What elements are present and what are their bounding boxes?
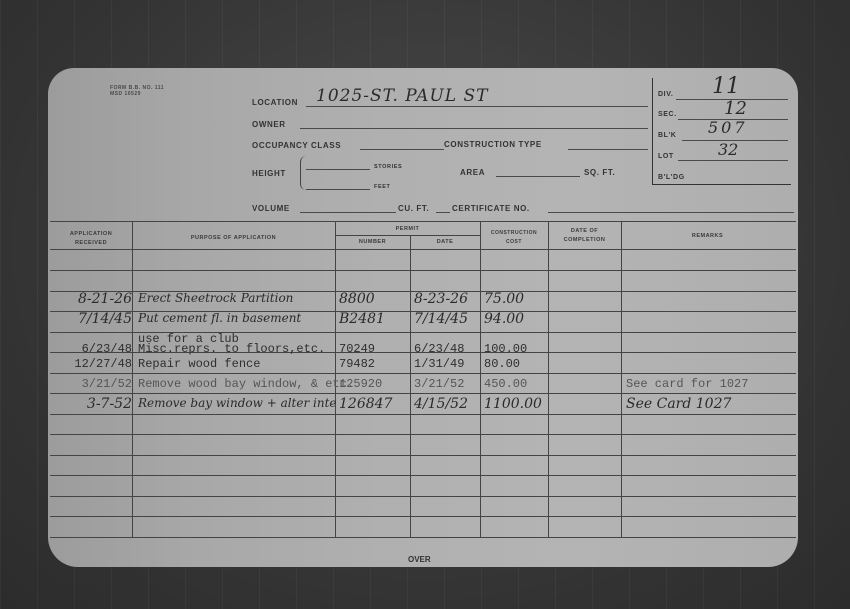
table-row-line bbox=[50, 393, 796, 394]
table-row-line bbox=[50, 249, 796, 250]
stories-line bbox=[306, 169, 370, 170]
div-label: DIV. bbox=[658, 91, 673, 98]
header-purpose: PURPOSE OF APPLICATION bbox=[132, 234, 335, 243]
cell-received: 3/21/52 bbox=[54, 377, 132, 391]
lot-line bbox=[678, 160, 788, 161]
table-column-line bbox=[621, 221, 622, 537]
cell-number: 126847 bbox=[339, 396, 392, 412]
header-text: COMPLETION bbox=[548, 236, 621, 245]
cell-cost: 1100.00 bbox=[484, 396, 542, 412]
table-row-line bbox=[50, 221, 796, 222]
header-permit-number: NUMBER bbox=[335, 238, 410, 247]
cell-remarks: See Card 1027 bbox=[626, 396, 731, 412]
table-row-line bbox=[50, 516, 796, 517]
table-row-line bbox=[50, 434, 796, 435]
cell-cost: 80.00 bbox=[484, 357, 520, 371]
stories-label: STORIES bbox=[374, 164, 402, 170]
cell-number: 125920 bbox=[339, 377, 382, 391]
location-value: 1025-ST. PAUL ST bbox=[316, 86, 488, 106]
cuft-label: CU. FT. bbox=[398, 204, 429, 213]
permit-card: FORM B.B. NO. 111 MSD 10529 LOCATION 102… bbox=[48, 68, 798, 567]
height-brace bbox=[300, 156, 307, 190]
cell-number: B2481 bbox=[339, 311, 385, 327]
header-construction-cost: CONSTRUCTION COST bbox=[480, 229, 548, 247]
cell-number: 8800 bbox=[339, 291, 375, 307]
cell-cost: 100.00 bbox=[484, 342, 527, 356]
table-row-line bbox=[50, 270, 796, 271]
location-label: LOCATION bbox=[252, 98, 298, 107]
table-column-line bbox=[410, 235, 411, 537]
cell-received: 3-7-52 bbox=[54, 396, 132, 412]
construction-type-label: CONSTRUCTION TYPE bbox=[444, 140, 542, 149]
div-value: 11 bbox=[712, 74, 740, 99]
header-permit-date: DATE bbox=[410, 238, 480, 247]
header-permit: PERMIT bbox=[335, 225, 480, 234]
height-label: HEIGHT bbox=[252, 169, 286, 178]
sec-value: 12 bbox=[724, 98, 747, 119]
area-line bbox=[496, 176, 580, 177]
table-row-line bbox=[50, 455, 796, 456]
cell-received: 8-21-26 bbox=[54, 291, 132, 307]
table-row-line bbox=[50, 475, 796, 476]
cell-purpose: Misc.reprs. to floors,etc. bbox=[138, 342, 325, 356]
location-line bbox=[306, 106, 648, 107]
feet-line bbox=[306, 189, 370, 190]
cell-received: 7/14/45 bbox=[54, 311, 132, 327]
header-text: COST bbox=[480, 238, 548, 247]
volume-label: VOLUME bbox=[252, 204, 290, 213]
feet-label: FEET bbox=[374, 184, 390, 190]
blk-label: BL'K bbox=[658, 132, 676, 139]
cell-date: 4/15/52 bbox=[414, 396, 468, 412]
header-text: DATE OF bbox=[548, 227, 621, 236]
bldg-label: B'L'DG bbox=[658, 174, 685, 181]
volume-line bbox=[300, 212, 396, 213]
header-remarks: REMARKS bbox=[621, 232, 794, 241]
table-row-line bbox=[50, 496, 796, 497]
cell-date: 1/31/49 bbox=[414, 357, 464, 371]
cell-date: 6/23/48 bbox=[414, 342, 464, 356]
sqft-label: SQ. FT. bbox=[584, 168, 615, 177]
blk-value: 507 bbox=[708, 118, 748, 137]
cell-remarks: See card for 1027 bbox=[626, 377, 748, 391]
header-application-received: APPLICATION RECEIVED bbox=[50, 230, 132, 248]
lot-label: LOT bbox=[658, 153, 674, 160]
cell-number: 79482 bbox=[339, 357, 375, 371]
cell-purpose: Remove bay window + alter interior bbox=[138, 396, 336, 410]
cell-purpose: Repair wood fence bbox=[138, 357, 260, 371]
cell-cost: 94.00 bbox=[484, 311, 524, 327]
certificate-label: CERTIFICATE NO. bbox=[452, 204, 530, 213]
cell-date: 8-23-26 bbox=[414, 291, 468, 307]
table-row-line bbox=[50, 373, 796, 374]
table-row-line bbox=[50, 414, 796, 415]
cell-cost: 450.00 bbox=[484, 377, 527, 391]
cell-date: 7/14/45 bbox=[414, 311, 468, 327]
header-text: CONSTRUCTION bbox=[480, 229, 548, 238]
over-label: OVER bbox=[408, 555, 431, 564]
cell-purpose: Put cement fl. in basement bbox=[138, 311, 301, 325]
header-text: RECEIVED bbox=[50, 239, 132, 248]
cell-received: 12/27/48 bbox=[54, 357, 132, 371]
cell-number: 70249 bbox=[339, 342, 375, 356]
table-column-line bbox=[132, 221, 133, 537]
owner-label: OWNER bbox=[252, 120, 286, 129]
form-number-line: MSD 10529 bbox=[110, 91, 164, 97]
construction-type-line bbox=[568, 149, 648, 150]
cell-cost: 75.00 bbox=[484, 291, 524, 307]
form-number: FORM B.B. NO. 111 MSD 10529 bbox=[110, 85, 164, 97]
cuft-line bbox=[436, 212, 450, 213]
sec-label: SEC. bbox=[658, 111, 677, 118]
lot-value: 32 bbox=[718, 140, 738, 159]
permit-subheader-line bbox=[335, 235, 480, 236]
area-label: AREA bbox=[460, 168, 485, 177]
occupancy-line bbox=[360, 149, 444, 150]
owner-line bbox=[300, 128, 648, 129]
occupancy-label: OCCUPANCY CLASS bbox=[252, 141, 341, 150]
table-column-line bbox=[548, 221, 549, 537]
header-date-of-completion: DATE OF COMPLETION bbox=[548, 227, 621, 245]
header-text: APPLICATION bbox=[50, 230, 132, 239]
certificate-line bbox=[548, 212, 794, 213]
cell-purpose: Erect Sheetrock Partition bbox=[138, 291, 293, 305]
table-row-line bbox=[50, 537, 796, 538]
cell-purpose: Remove wood bay window, & etc. bbox=[138, 377, 354, 391]
cell-date: 3/21/52 bbox=[414, 377, 464, 391]
cell-received: 6/23/48 bbox=[54, 342, 132, 356]
table-column-line bbox=[480, 221, 481, 537]
